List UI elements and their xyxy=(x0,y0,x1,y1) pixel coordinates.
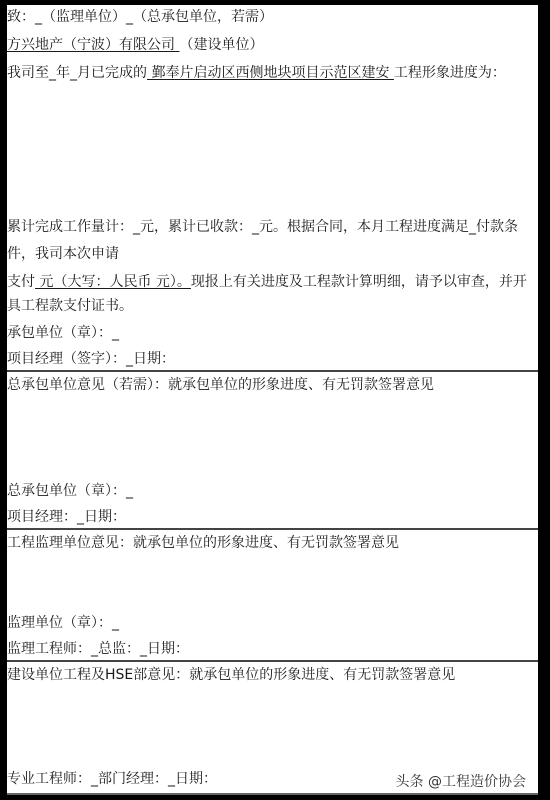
payment-amount: 元（大写：人民币 元）。 xyxy=(35,274,191,290)
payment-prefix: 支付 xyxy=(7,274,35,290)
cumulative-text: 累计完成工作量计：_元，累计已收款：_元。根据合同，本月工程进度满足_付款条 xyxy=(7,219,518,235)
bottom-rule xyxy=(7,793,538,795)
watermark: 头条 @工程造价协会 xyxy=(396,771,526,791)
addressee-line: 致：_（监理单位）_（总承包单位，若需） xyxy=(7,8,273,26)
supervisor-engineer-line: 监理工程师：_总监：_日期： xyxy=(7,640,189,658)
section-general-contractor: 总承包单位意见（若需）：就承包单位的形象进度、有无罚款签署意见 总承包单位（章）… xyxy=(7,372,538,528)
payment-line: 支付 元（大写：人民币 元）。现报上有关进度及工程款计算明细，请予以审查，并开 xyxy=(7,273,527,291)
certificate-line: 具工程款支付证书。 xyxy=(7,297,133,315)
pm-sign-line: 项目经理（签字）：_日期： xyxy=(7,350,175,368)
supervisor-seal-label: 监理单位（章）：_ xyxy=(7,615,119,631)
supervisor-engineer-label: 监理工程师：_总监：_日期： xyxy=(7,641,189,657)
gc-seal-label: 总承包单位（章）：_ xyxy=(7,483,133,499)
owner-opinion-text: 建设单位工程及HSE部意见：就承包单位的形象进度、有无罚款签署意见 xyxy=(7,667,455,683)
section-supervisor: 工程监理单位意见：就承包单位的形象进度、有无罚款签署意见 监理单位（章）：_ 监… xyxy=(7,530,538,660)
request-line: 件，我司本次申请 xyxy=(7,245,119,263)
project-name: 鄞奉片启动区西侧地块项目示范区建安 xyxy=(147,65,394,81)
owner-engineer-line: 专业工程师：_部门经理：_日期： xyxy=(7,770,217,788)
progress-line: 我司至_年_月已完成的 鄞奉片启动区西侧地块项目示范区建安 工程形象进度为： xyxy=(7,64,506,82)
owner-opinion-title: 建设单位工程及HSE部意见：就承包单位的形象进度、有无罚款签署意见 xyxy=(7,666,455,684)
owner-company-name: 方兴地产（宁波）有限公司 xyxy=(7,37,179,53)
contractor-seal-line: 承包单位（章）：_ xyxy=(7,324,119,342)
pm-sign-label: 项目经理（签字）：_日期： xyxy=(7,351,175,367)
owner-engineer-label: 专业工程师：_部门经理：_日期： xyxy=(7,771,217,787)
section-application: 致：_（监理单位）_（总承包单位，若需） 方兴地产（宁波）有限公司 （建设单位）… xyxy=(7,5,538,370)
supervisor-opinion-text: 工程监理单位意见：就承包单位的形象进度、有无罚款签署意见 xyxy=(7,535,399,551)
gc-seal-line: 总承包单位（章）：_ xyxy=(7,482,133,500)
request-text: 件，我司本次申请 xyxy=(7,246,119,262)
certificate-text: 具工程款支付证书。 xyxy=(7,298,133,314)
payment-application-form: 致：_（监理单位）_（总承包单位，若需） 方兴地产（宁波）有限公司 （建设单位）… xyxy=(7,5,538,795)
cumulative-line: 累计完成工作量计：_元，累计已收款：_元。根据合同，本月工程进度满足_付款条 xyxy=(7,218,518,236)
gc-opinion-title: 总承包单位意见（若需）：就承包单位的形象进度、有无罚款签署意见 xyxy=(7,376,434,394)
supervisor-seal-line: 监理单位（章）：_ xyxy=(7,614,119,632)
addressee-text: 致：_（监理单位）_（总承包单位，若需） xyxy=(7,9,273,25)
progress-prefix: 我司至_年_月已完成的 xyxy=(7,65,147,81)
supervisor-opinion-title: 工程监理单位意见：就承包单位的形象进度、有无罚款签署意见 xyxy=(7,534,399,552)
progress-suffix: 工程形象进度为： xyxy=(394,65,506,81)
contractor-seal-label: 承包单位（章）：_ xyxy=(7,325,119,341)
gc-opinion-text: 总承包单位意见（若需）：就承包单位的形象进度、有无罚款签署意见 xyxy=(7,377,434,393)
owner-line: 方兴地产（宁波）有限公司 （建设单位） xyxy=(7,36,263,54)
gc-pm-label: 项目经理：_日期： xyxy=(7,509,126,525)
payment-suffix: 现报上有关进度及工程款计算明细，请予以审查，并开 xyxy=(191,274,527,290)
gc-pm-line: 项目经理：_日期： xyxy=(7,508,126,526)
owner-role-label: （建设单位） xyxy=(179,37,263,53)
